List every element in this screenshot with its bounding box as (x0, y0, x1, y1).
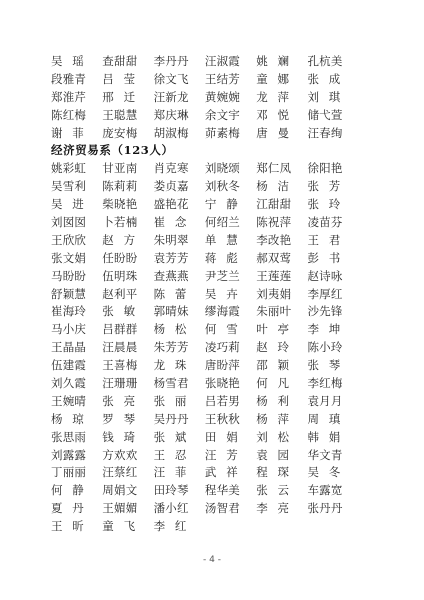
person-name: 尹芝兰 (205, 268, 256, 286)
name-row: 刘久霞汪珊珊杨雪君张晓艳何凡李红梅 (51, 375, 351, 393)
name-row: 王欣欣赵方朱明翠单慧李改艳王君 (51, 232, 351, 250)
person-name: 杨雪君 (154, 375, 205, 393)
person-name: 罗琴 (102, 411, 153, 429)
person-name: 吴瑶 (51, 53, 102, 71)
person-name: 龙珠 (154, 357, 205, 375)
person-name: 李厚红 (307, 286, 358, 304)
person-name: 崔念 (154, 214, 205, 232)
person-name: 李改艳 (256, 232, 307, 250)
person-name: 陈小玲 (307, 339, 358, 357)
person-name: 王秋秋 (205, 411, 256, 429)
person-name: 程琛 (256, 464, 307, 482)
name-row: 刘囡囡卜若楠崔念何绍兰陈祝萍凌苗芬 (51, 214, 351, 232)
person-name: 田娟 (205, 429, 256, 447)
name-row: 何静周娟文田玲琴程华美张云车露宽 (51, 482, 351, 500)
person-name: 张云 (256, 482, 307, 500)
person-name: 张芳 (307, 178, 358, 196)
person-name: 刘露露 (51, 447, 102, 465)
person-name: 张亮 (102, 393, 153, 411)
name-row: 段雅青吕莹徐文飞王结芳童娜张成 (51, 71, 351, 89)
person-name: 吴冬 (307, 464, 358, 482)
person-name: 吕莹 (102, 71, 153, 89)
person-name: 唐曼 (256, 125, 307, 143)
section-names: 姚彩虹甘亚南肖克寒刘晓颂郑仁凤徐阳艳吴雪利陈莉莉娄贞嘉刘秋冬杨洁张芳吴进柴晓艳盛… (51, 160, 351, 536)
person-name: 李坤 (307, 321, 358, 339)
person-name: 蒋彪 (205, 250, 256, 268)
person-name: 张思雨 (51, 429, 102, 447)
person-name: 王昕 (51, 518, 102, 536)
name-row: 王昕童飞李红 (51, 518, 351, 536)
person-name: 吴进 (51, 196, 102, 214)
person-name: 张玲 (307, 196, 358, 214)
person-name: 邓悦 (256, 107, 307, 125)
person-name: 郑淮芹 (51, 89, 102, 107)
person-name: 朱芳芳 (154, 339, 205, 357)
name-list: 吴瑶查甜甜李丹丹汪淑霞姚斓孔杭美段雅青吕莹徐文飞王结芳童娜张成郑淮芹邢迁汪新龙黄… (51, 53, 351, 536)
person-name: 郭晴妹 (154, 303, 205, 321)
person-name: 朱明翠 (154, 232, 205, 250)
person-name: 卜若楠 (102, 214, 153, 232)
person-name: 肖克寒 (154, 160, 205, 178)
person-name: 江甜甜 (256, 196, 307, 214)
person-name: 杨琼 (51, 411, 102, 429)
person-name: 龙萍 (256, 89, 307, 107)
person-name: 伍明珠 (102, 268, 153, 286)
person-name: 杨萍 (256, 411, 307, 429)
person-name: 庞安梅 (102, 125, 153, 143)
person-name: 张斌 (154, 429, 205, 447)
person-name: 车露宽 (307, 482, 358, 500)
person-name: 李红 (154, 518, 205, 536)
person-name: 彭书 (307, 250, 358, 268)
person-name: 邢迁 (102, 89, 153, 107)
person-name: 张成 (307, 71, 358, 89)
person-name: 王君 (307, 232, 358, 250)
person-name: 钱琦 (102, 429, 153, 447)
person-name: 张晓艳 (205, 375, 256, 393)
name-row: 刘露露方欢欢王忍汪芳袁园华文青 (51, 447, 351, 465)
person-name: 王晶晶 (51, 339, 102, 357)
person-name: 郝双莺 (256, 250, 307, 268)
page-number: - 4 - (0, 555, 424, 565)
person-name: 周瑱 (307, 411, 358, 429)
person-name: 单慧 (205, 232, 256, 250)
person-name: 谢菲 (51, 125, 102, 143)
person-name: 杨洁 (256, 178, 307, 196)
person-name: 汪珊珊 (102, 375, 153, 393)
person-name: 刘夷娟 (256, 286, 307, 304)
person-name: 刘秋冬 (205, 178, 256, 196)
person-name: 马盼盼 (51, 268, 102, 286)
person-name: 刘晓颂 (205, 160, 256, 178)
person-name: 凌苗芬 (307, 214, 358, 232)
person-name: 胡淑梅 (154, 125, 205, 143)
person-name: 张琴 (307, 357, 358, 375)
person-name: 何绍兰 (205, 214, 256, 232)
person-name: 李红梅 (307, 375, 358, 393)
person-name: 童娜 (256, 71, 307, 89)
person-name: 汪蔡红 (102, 464, 153, 482)
name-row: 张思雨钱琦张斌田娟刘松韩娟 (51, 429, 351, 447)
person-name: 任盼盼 (102, 250, 153, 268)
person-name: 刘琪 (307, 89, 358, 107)
person-name: 夏丹 (51, 500, 102, 518)
person-name: 王莲莲 (256, 268, 307, 286)
person-name: 余文宇 (205, 107, 256, 125)
person-name: 刘松 (256, 429, 307, 447)
person-name: 汤智君 (205, 500, 256, 518)
person-name: 杨松 (154, 321, 205, 339)
person-name: 崔海玲 (51, 303, 102, 321)
person-name: 赵利平 (102, 286, 153, 304)
person-name: 马小庆 (51, 321, 102, 339)
person-name: 唐盼萍 (205, 357, 256, 375)
person-name: 刘久霞 (51, 375, 102, 393)
document-page: 吴瑶查甜甜李丹丹汪淑霞姚斓孔杭美段雅青吕莹徐文飞王结芳童娜张成郑淮芹邢迁汪新龙黄… (0, 0, 424, 600)
person-name: 吕若男 (205, 393, 256, 411)
person-name: 周娟文 (102, 482, 153, 500)
person-name: 柴晓艳 (102, 196, 153, 214)
person-name: 王婉晴 (51, 393, 102, 411)
person-name: 王媚媚 (102, 500, 153, 518)
person-name: 伍建霞 (51, 357, 102, 375)
person-name: 袁园 (256, 447, 307, 465)
name-row: 崔海玲张敏郭晴妹缪海霞朱丽叶沙先锋 (51, 303, 351, 321)
name-row: 马小庆吕群群杨松何雪叶亭李坤 (51, 321, 351, 339)
person-name: 郑庆琳 (154, 107, 205, 125)
person-name: 吴丹丹 (154, 411, 205, 429)
person-name: 徐文飞 (154, 71, 205, 89)
person-name: 何静 (51, 482, 102, 500)
name-row: 吴雪利陈莉莉娄贞嘉刘秋冬杨洁张芳 (51, 178, 351, 196)
person-name: 汪芳 (205, 447, 256, 465)
name-row: 吴瑶查甜甜李丹丹汪淑霞姚斓孔杭美 (51, 53, 351, 71)
person-name: 赵诗咏 (307, 268, 358, 286)
person-name: 查甜甜 (102, 53, 153, 71)
person-name: 赵玲 (256, 339, 307, 357)
name-row: 谢菲庞安梅胡淑梅茆素梅唐曼汪春绚 (51, 125, 351, 143)
name-row: 马盼盼伍明珠查燕燕尹芝兰王莲莲赵诗咏 (51, 268, 351, 286)
person-name: 盛艳花 (154, 196, 205, 214)
person-name: 吴雪利 (51, 178, 102, 196)
person-name: 汪晨晨 (102, 339, 153, 357)
person-name: 汪淑霞 (205, 53, 256, 71)
name-row: 丁丽丽汪蔡红汪菲武祥程琛吴冬 (51, 464, 351, 482)
name-row: 张文娟任盼盼袁芳芳蒋彪郝双莺彭书 (51, 250, 351, 268)
person-name: 叶亭 (256, 321, 307, 339)
person-name: 缪海霞 (205, 303, 256, 321)
person-name: 武祥 (205, 464, 256, 482)
person-name: 姚彩虹 (51, 160, 102, 178)
name-row: 王婉晴张亮张丽吕若男杨利袁月月 (51, 393, 351, 411)
person-name: 娄贞嘉 (154, 178, 205, 196)
person-name: 王聪慧 (102, 107, 153, 125)
person-name: 程华美 (205, 482, 256, 500)
person-name: 童飞 (102, 518, 153, 536)
person-name: 汪新龙 (154, 89, 205, 107)
person-name: 赵方 (102, 232, 153, 250)
section-title: 经济贸易系（123人） (51, 142, 351, 160)
person-name: 张丹丹 (307, 500, 358, 518)
name-row: 舒颖慧赵利平陈蕾吴卉刘夷娟李厚红 (51, 286, 351, 304)
person-name: 茆素梅 (205, 125, 256, 143)
person-name: 凌巧莉 (205, 339, 256, 357)
person-name: 张丽 (154, 393, 205, 411)
person-name: 李亮 (256, 500, 307, 518)
person-name: 段雅青 (51, 71, 102, 89)
name-row: 姚彩虹甘亚南肖克寒刘晓颂郑仁凤徐阳艳 (51, 160, 351, 178)
person-name: 汪春绚 (307, 125, 358, 143)
name-row: 吴进柴晓艳盛艳花宁静江甜甜张玲 (51, 196, 351, 214)
person-name: 张文娟 (51, 250, 102, 268)
person-name: 李丹丹 (154, 53, 205, 71)
person-name: 宁静 (205, 196, 256, 214)
person-name: 刘囡囡 (51, 214, 102, 232)
person-name: 韩娟 (307, 429, 358, 447)
person-name: 陈祝萍 (256, 214, 307, 232)
person-name: 查燕燕 (154, 268, 205, 286)
person-name: 王欣欣 (51, 232, 102, 250)
previous-section-names: 吴瑶查甜甜李丹丹汪淑霞姚斓孔杭美段雅青吕莹徐文飞王结芳童娜张成郑淮芹邢迁汪新龙黄… (51, 53, 351, 142)
person-name: 田玲琴 (154, 482, 205, 500)
person-name: 黄婉婉 (205, 89, 256, 107)
person-name: 沙先锋 (307, 303, 358, 321)
person-name: 陈莉莉 (102, 178, 153, 196)
person-name: 袁芳芳 (154, 250, 205, 268)
person-name: 邵颖 (256, 357, 307, 375)
person-name: 郑仁凤 (256, 160, 307, 178)
person-name: 袁月月 (307, 393, 358, 411)
person-name: 何凡 (256, 375, 307, 393)
person-name: 杨利 (256, 393, 307, 411)
person-name: 吴卉 (205, 286, 256, 304)
person-name: 王结芳 (205, 71, 256, 89)
name-row: 王晶晶汪晨晨朱芳芳凌巧莉赵玲陈小玲 (51, 339, 351, 357)
person-name: 何雪 (205, 321, 256, 339)
name-row: 陈红梅王聪慧郑庆琳余文宇邓悦储弋萱 (51, 107, 351, 125)
person-name: 方欢欢 (102, 447, 153, 465)
person-name: 潘小红 (154, 500, 205, 518)
person-name: 华文青 (307, 447, 358, 465)
person-name: 王忍 (154, 447, 205, 465)
person-name: 张敏 (102, 303, 153, 321)
person-name: 陈红梅 (51, 107, 102, 125)
name-row: 郑淮芹邢迁汪新龙黄婉婉龙萍刘琪 (51, 89, 351, 107)
person-name: 舒颖慧 (51, 286, 102, 304)
person-name: 徐阳艳 (307, 160, 358, 178)
person-name: 姚斓 (256, 53, 307, 71)
person-name: 储弋萱 (307, 107, 358, 125)
person-name: 丁丽丽 (51, 464, 102, 482)
person-name: 汪菲 (154, 464, 205, 482)
person-name: 甘亚南 (102, 160, 153, 178)
name-row: 夏丹王媚媚潘小红汤智君李亮张丹丹 (51, 500, 351, 518)
person-name: 王喜梅 (102, 357, 153, 375)
name-row: 杨琼罗琴吴丹丹王秋秋杨萍周瑱 (51, 411, 351, 429)
person-name: 吕群群 (102, 321, 153, 339)
name-row: 伍建霞王喜梅龙珠唐盼萍邵颖张琴 (51, 357, 351, 375)
person-name: 陈蕾 (154, 286, 205, 304)
person-name: 孔杭美 (307, 53, 358, 71)
person-name: 朱丽叶 (256, 303, 307, 321)
